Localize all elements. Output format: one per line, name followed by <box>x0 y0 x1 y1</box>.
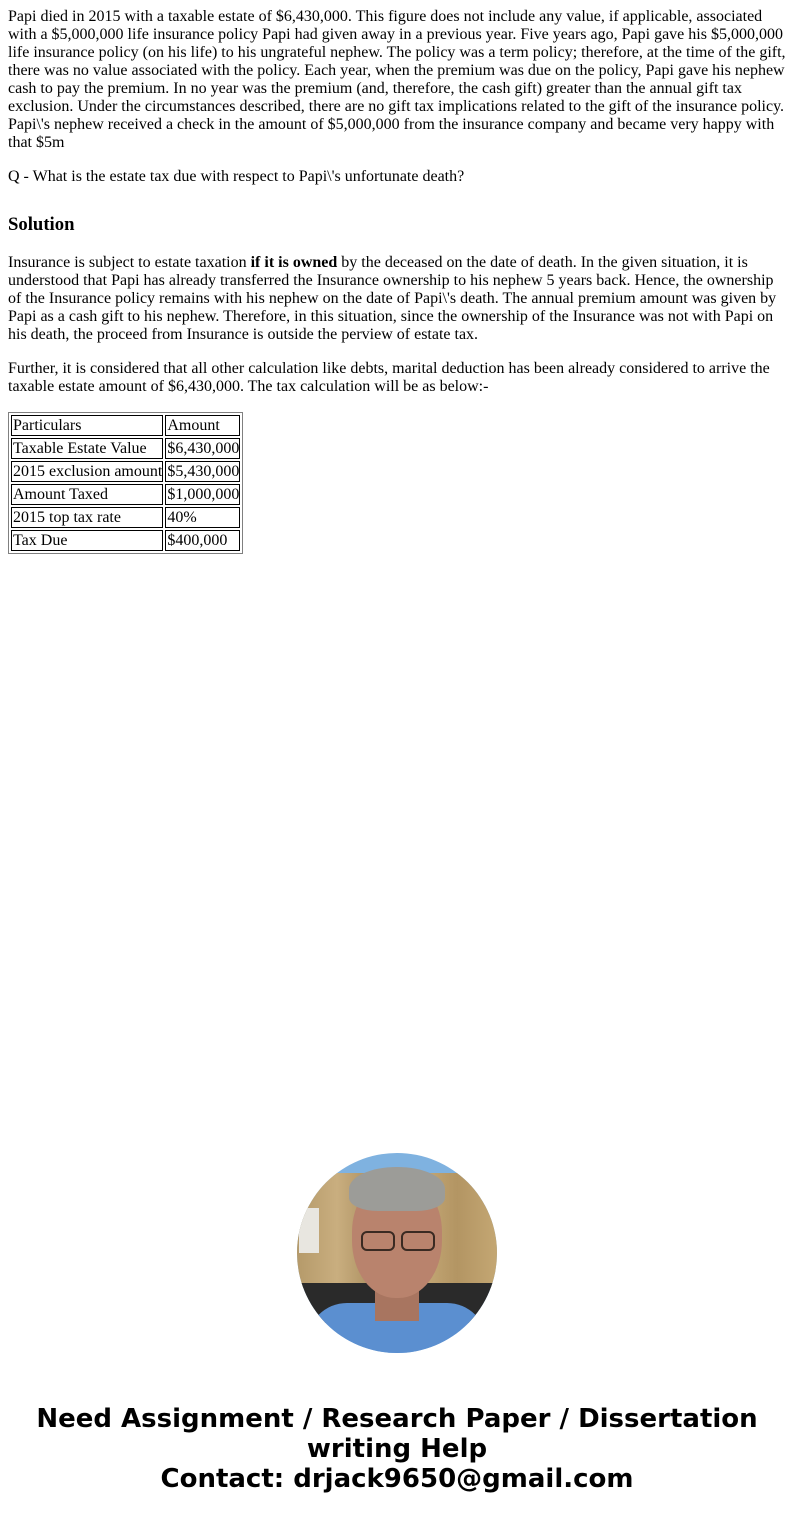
table-cell-amount: $400,000 <box>165 530 240 551</box>
solution-paragraph-1: Insurance is subject to estate taxation … <box>8 254 786 344</box>
table-cell-amount: 40% <box>165 507 240 528</box>
table-cell-amount: $6,430,000 <box>165 438 240 459</box>
solution-paragraph-2: Further, it is considered that all other… <box>8 360 786 396</box>
question-paragraph: Papi died in 2015 with a taxable estate … <box>8 8 786 152</box>
promo-contact: Contact: drjack9650@gmail.com <box>0 1464 794 1494</box>
photo-hair <box>349 1167 445 1211</box>
tax-calculation-table: Particulars Amount Taxable Estate Value … <box>8 412 243 554</box>
promo-banner: Need Assignment / Research Paper / Disse… <box>0 1404 794 1494</box>
glasses-icon <box>401 1231 435 1251</box>
solution-emphasis: if it is owned <box>251 254 338 271</box>
question-prompt: Q - What is the estate tax due with resp… <box>8 168 786 186</box>
table-cell-particular: 2015 exclusion amount <box>11 461 163 482</box>
photo-wall-switch <box>299 1208 319 1253</box>
solution-text: Insurance is subject to estate taxation <box>8 254 251 271</box>
promo-line-2: writing Help <box>0 1434 794 1464</box>
table-row: Taxable Estate Value $6,430,000 <box>11 438 240 459</box>
table-row: Amount Taxed $1,000,000 <box>11 484 240 505</box>
table-header-row: Particulars Amount <box>11 415 240 436</box>
table-cell-particular: Taxable Estate Value <box>11 438 163 459</box>
table-row: 2015 exclusion amount $5,430,000 <box>11 461 240 482</box>
document-content: Papi died in 2015 with a taxable estate … <box>0 0 794 554</box>
table-cell-amount: $1,000,000 <box>165 484 240 505</box>
table-header-cell: Particulars <box>11 415 163 436</box>
table-cell-amount: $5,430,000 <box>165 461 240 482</box>
table-cell-particular: Amount Taxed <box>11 484 163 505</box>
table-cell-particular: Tax Due <box>11 530 163 551</box>
author-photo <box>297 1153 497 1353</box>
solution-heading: Solution <box>8 214 786 236</box>
table-row: Tax Due $400,000 <box>11 530 240 551</box>
table-cell-particular: 2015 top tax rate <box>11 507 163 528</box>
table-header-cell: Amount <box>165 415 240 436</box>
glasses-icon <box>361 1231 395 1251</box>
promo-line-1: Need Assignment / Research Paper / Disse… <box>0 1404 794 1434</box>
table-row: 2015 top tax rate 40% <box>11 507 240 528</box>
